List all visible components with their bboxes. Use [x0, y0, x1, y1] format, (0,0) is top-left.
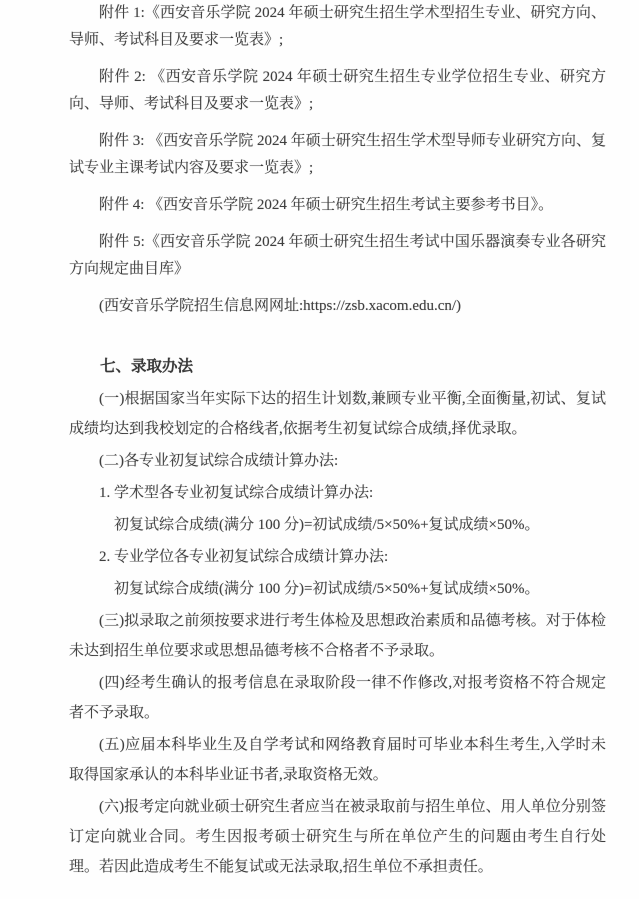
attachment-list: 附件 1:《西安音乐学院 2024 年硕士研究生招生学术型招生专业、研究方向、导… [69, 0, 606, 283]
section-paragraph-4: 初复试综合成绩(满分 100 分)=初试成绩/5×50%+复试成绩×50%。 [69, 510, 606, 540]
attachment-item-2: 附件 2: 《西安音乐学院 2024 年硕士研究生招生专业学位招生专业、研究方向… [69, 64, 606, 118]
section-paragraph-9: (五)应届本科毕业生及自学考试和网络教育届时可毕业本科生考生,入学时未取得国家承… [69, 730, 606, 790]
section-paragraph-3: 1. 学术型各专业初复试综合成绩计算办法: [69, 478, 606, 508]
attachment-item-5: 附件 5:《西安音乐学院 2024 年硕士研究生招生考试中国乐器演奏专业各研究方… [69, 229, 606, 283]
section-paragraph-10: (六)报考定向就业硕士研究生者应当在被录取前与招生单位、用人单位分别签订定向就业… [69, 792, 606, 882]
section-paragraph-1: (一)根据国家当年实际下达的招生计划数,兼顾专业平衡,全面衡量,初试、复试成绩均… [69, 384, 606, 444]
website-note: (西安音乐学院招生信息网网址:https://zsb.xacom.edu.cn/… [69, 293, 606, 320]
attachment-item-4: 附件 4: 《西安音乐学院 2024 年硕士研究生招生考试主要参考书目》。 [69, 192, 606, 219]
section-paragraph-2: (二)各专业初复试综合成绩计算办法: [69, 446, 606, 476]
section-paragraph-6: 初复试综合成绩(满分 100 分)=初试成绩/5×50%+复试成绩×50%。 [69, 574, 606, 604]
section-paragraph-5: 2. 专业学位各专业初复试综合成绩计算办法: [69, 542, 606, 572]
section-heading: 七、录取办法 [69, 353, 606, 381]
section-paragraph-7: (三)拟录取之前须按要求进行考生体检及思想政治素质和品德考核。对于体检未达到招生… [69, 606, 606, 666]
document-page: 附件 1:《西安音乐学院 2024 年硕士研究生招生学术型招生专业、研究方向、导… [0, 0, 639, 899]
admission-section-body: (一)根据国家当年实际下达的招生计划数,兼顾专业平衡,全面衡量,初试、复试成绩均… [69, 384, 606, 882]
attachment-item-3: 附件 3: 《西安音乐学院 2024 年硕士研究生招生学术型导师专业研究方向、复… [69, 128, 606, 182]
section-paragraph-8: (四)经考生确认的报考信息在录取阶段一律不作修改,对报考资格不符合规定者不予录取… [69, 668, 606, 728]
attachment-item-1: 附件 1:《西安音乐学院 2024 年硕士研究生招生学术型招生专业、研究方向、导… [69, 0, 606, 54]
